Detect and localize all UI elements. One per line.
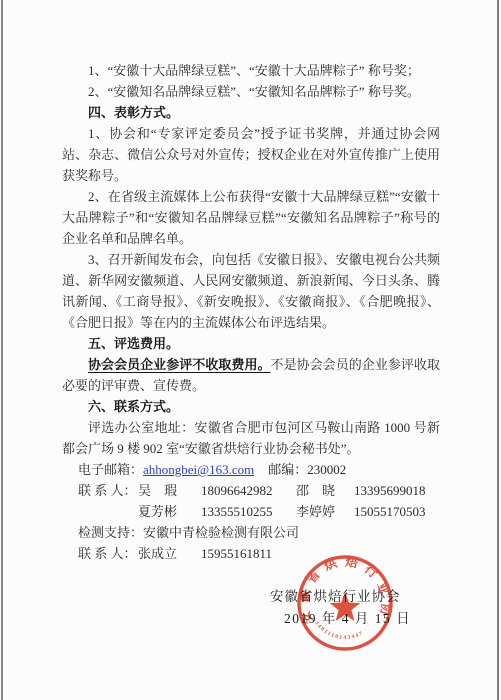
contact-phone: 18096642982: [201, 480, 296, 501]
contact-phone: 13395699018: [354, 480, 440, 501]
signature-org: 安徽省烘焙行业协会: [270, 585, 401, 605]
contact-name: 邵 晓: [296, 480, 354, 501]
contact-name: 张成立: [138, 543, 201, 564]
contact-label: 联 系 人：: [78, 480, 138, 501]
contact-row-3: 联 系 人： 张成立 15955161811: [78, 543, 440, 564]
contact-row-2: 夏芳彬 13355510255 李婷婷 15055170503: [78, 501, 440, 522]
section-heading-5: 五、评选费用。: [62, 333, 440, 354]
paragraph-4-1: 1、协会和“专家评定委员会”授予证书奖牌，并通过协会网站、杂志、微信公众号对外宣…: [62, 123, 440, 186]
paragraph-address: 评选办公室地址：安徽省合肥市包河区马鞍山南路 1000 号新都会广场 9 楼 9…: [62, 417, 440, 459]
email-line: 电子邮箱：ahhongbei@163.com邮编：230002: [78, 459, 440, 480]
page-edge-right: [497, 0, 499, 700]
postal-code: 邮编：230002: [268, 462, 346, 477]
award-item-1: 1、“安徽十大品牌绿豆糕”、“安徽十大品牌粽子” 称号奖；: [62, 60, 440, 81]
signature-date: 2019 年 4 月 15 日: [284, 607, 411, 627]
test-support-line: 检测支持：安徽中青检验检测有限公司: [78, 522, 440, 543]
contact-name: 李婷婷: [296, 501, 354, 522]
award-item-2: 2、“安徽知名品牌绿豆糕”、“安徽知名品牌粽子” 称号奖。: [62, 81, 440, 102]
contact-phone: 13355510255: [201, 501, 296, 522]
fee-free-statement: 协会会员企业参评不收取费用。: [88, 357, 271, 372]
contact-name: 夏芳彬: [138, 501, 201, 522]
section-heading-4: 四、表彰方式。: [62, 102, 440, 123]
contact-phone: 15955161811: [201, 543, 440, 564]
paragraph-4-3: 3、召开新闻发布会，向包括《安徽日报》、安徽电视台公共频道、新华网安徽频道、人民…: [62, 249, 440, 333]
email-link[interactable]: ahhongbei@163.com: [143, 462, 254, 477]
page-edge-left: [1, 0, 3, 700]
paragraph-4-2: 2、在省级主流媒体上公布获得“安徽十大品牌绿豆糕”“安徽十大品牌粽子”和“安徽知…: [62, 186, 440, 249]
section-heading-6: 六、联系方式。: [62, 396, 440, 417]
contact-row-1: 联 系 人： 吴 瑕 18096642982 邵 晓 13395699018: [78, 480, 440, 501]
paragraph-fee: 协会会员企业参评不收取费用。不是协会会员的企业参评收取必要的评审费、宣传费。: [62, 354, 440, 396]
contact-phone: 15055170503: [354, 501, 440, 522]
contact-label-spacer: [78, 501, 138, 522]
contact-label: 联 系 人：: [78, 543, 138, 564]
email-label: 电子邮箱：: [78, 462, 143, 477]
document-page: 1、“安徽十大品牌绿豆糕”、“安徽十大品牌粽子” 称号奖； 2、“安徽知名品牌绿…: [62, 60, 440, 564]
contact-name: 吴 瑕: [138, 480, 201, 501]
contact-block: 电子邮箱：ahhongbei@163.com邮编：230002 联 系 人： 吴…: [62, 459, 440, 564]
